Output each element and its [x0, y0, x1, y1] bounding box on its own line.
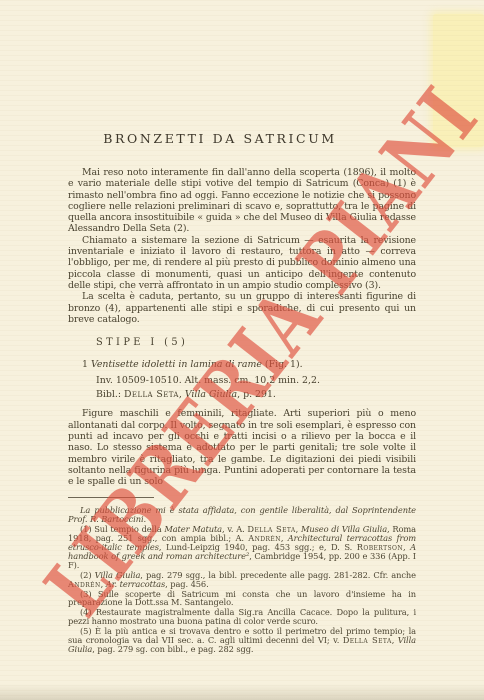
article-content: BRONZETTI DA SATRICUM Mai reso noto inte…: [68, 131, 416, 655]
paper-stain: [433, 14, 484, 147]
footnote-5: (5) È la più antica e si trovava dentro …: [68, 627, 416, 654]
footnote-acknowledgement: La pubblicazione mi è stata affidata, co…: [68, 506, 416, 524]
catalog-entry-meta: Inv. 10509-10510. Alt. mass. cm. 10,2 mi…: [96, 374, 416, 401]
section-heading: STIPE I (5): [96, 337, 416, 348]
footnotes: La pubblicazione mi è stata affidata, co…: [68, 506, 416, 654]
entry-description: Figure maschili e femminili, ritagliate.…: [68, 408, 416, 487]
footnote-separator: [68, 497, 154, 498]
scanned-page: BRONZETTI DA SATRICUM Mai reso noto inte…: [0, 0, 484, 700]
article-title: BRONZETTI DA SATRICUM: [46, 131, 394, 146]
catalog-entry-title: 1 Ventisette idoletti in lamina di rame …: [82, 359, 416, 370]
intro-paragraphs: Mai reso noto interamente fin dall'anno …: [68, 167, 416, 325]
inventory-line: Inv. 10509-10510. Alt. mass. cm. 10,2 mi…: [96, 374, 416, 388]
paragraph: Chiamato a sistemare la sezione di Satri…: [68, 235, 416, 291]
paragraph: Mai reso noto interamente fin dall'anno …: [68, 167, 416, 235]
paragraph: La scelta è caduta, pertanto, su un grup…: [68, 291, 416, 325]
footnote-4: (4) Restaurate magistralmente dalla Sig.…: [68, 608, 416, 626]
bibliography-line: Bibl.: Della Seta, Villa Giulia, p. 291.: [96, 388, 416, 402]
footnote-2: (2) Villa Giulia, pag. 279 sgg., la bibl…: [68, 571, 416, 589]
footnote-1: (1) Sul tempio della Mater Matuta, v. A.…: [68, 525, 416, 570]
footnote-3: (3) Sulle scoperte di Satricum mi consta…: [68, 590, 416, 608]
paragraph: Figure maschili e femminili, ritagliate.…: [68, 408, 416, 487]
